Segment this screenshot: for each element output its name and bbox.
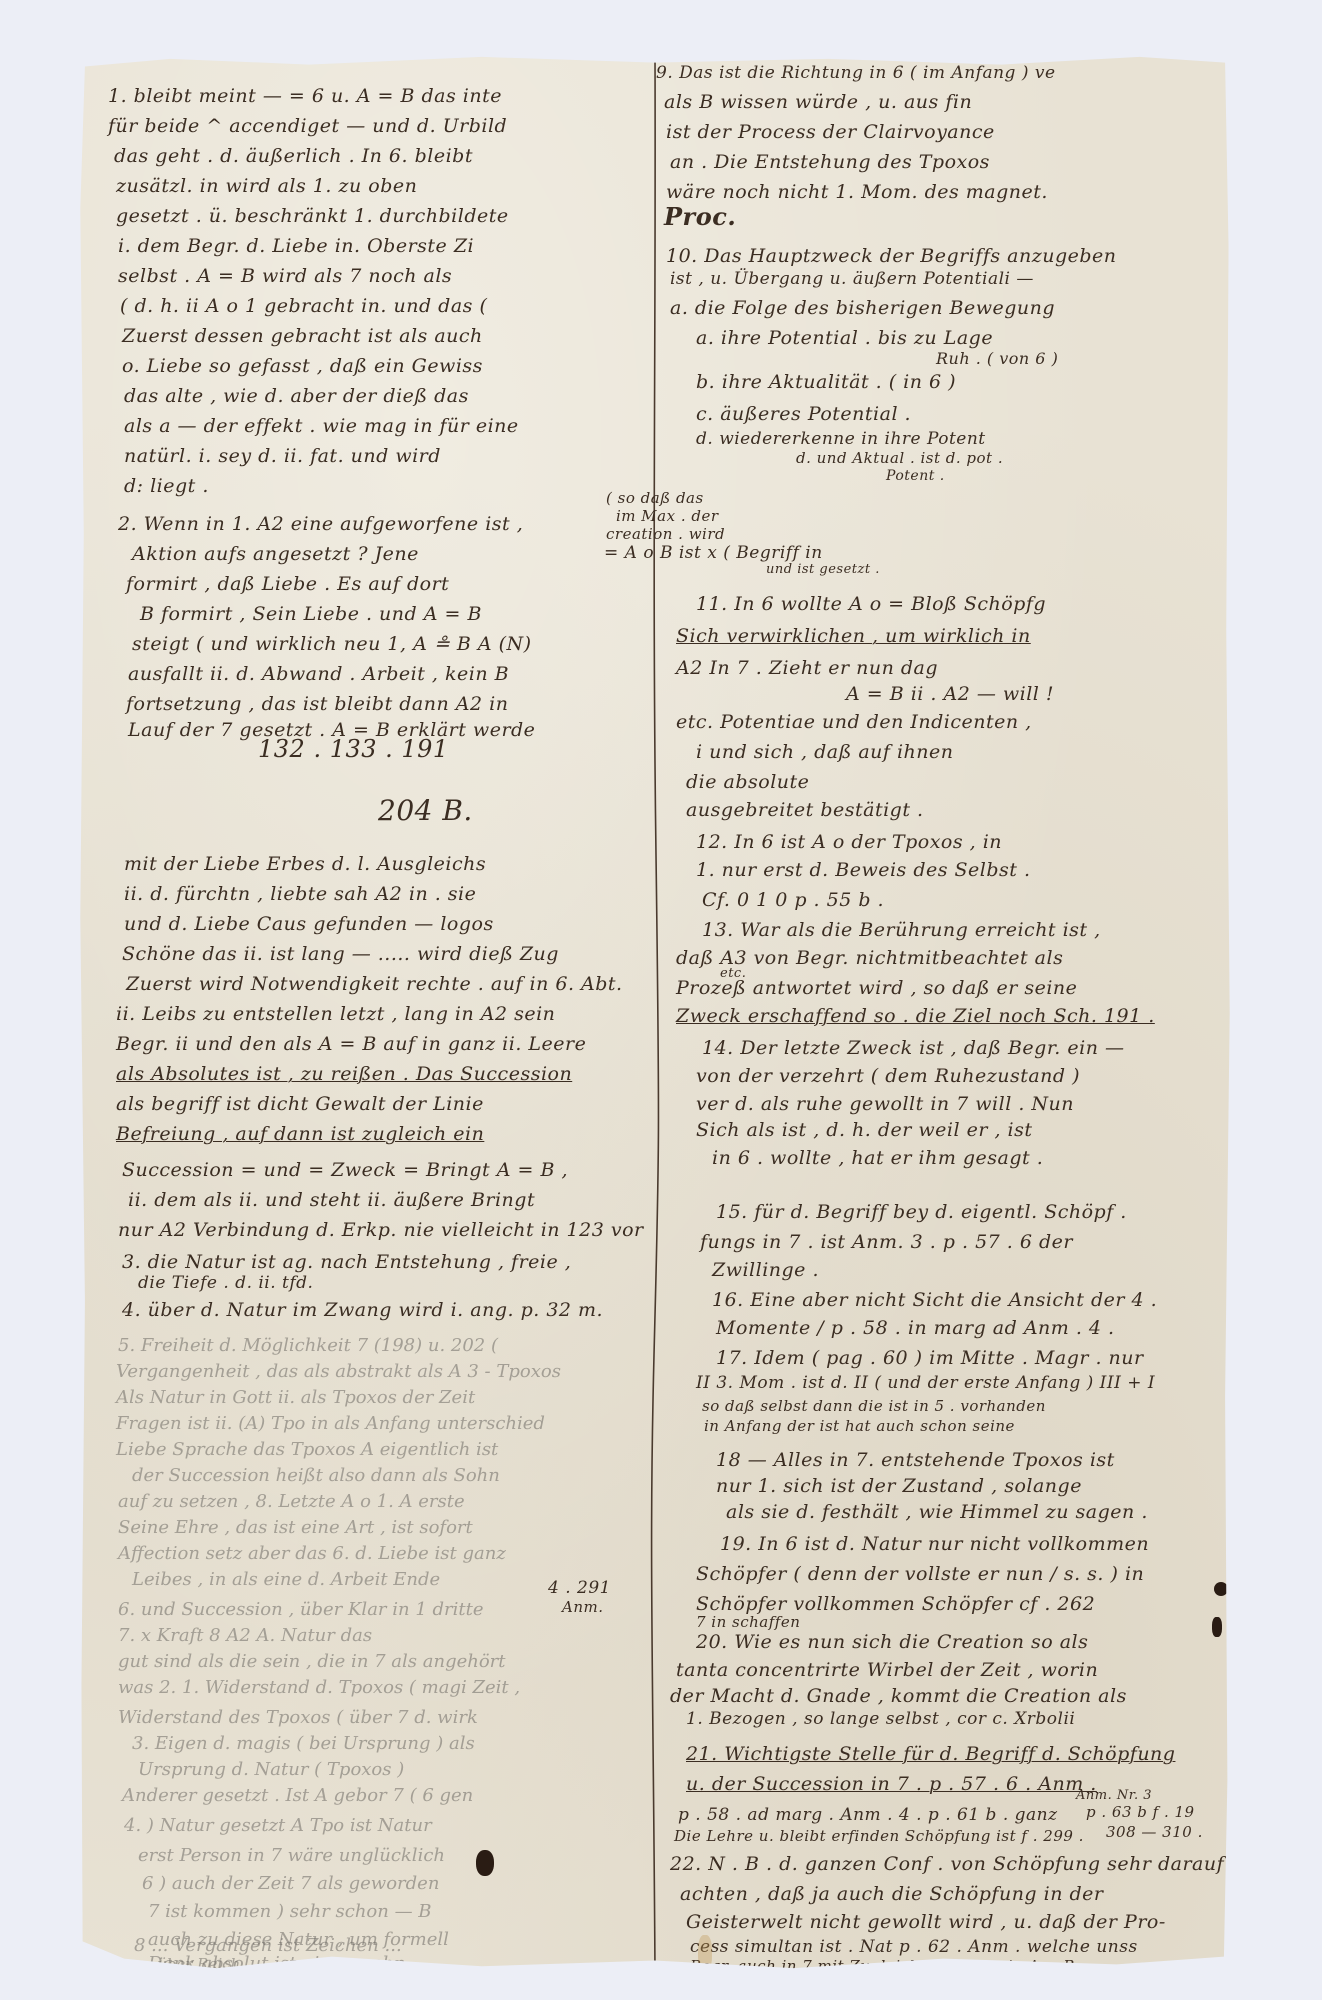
page-ref-line: p . 58 . ad marg . Anm . 4 . p . 61 b . … xyxy=(678,1807,1058,1824)
left-ink-line: steigt ( und wirklich neu 1, A ≗ B A (N) xyxy=(132,635,532,654)
manuscript-page: 1. bleibt meint — = 6 u. A = B das inte … xyxy=(78,55,1232,1972)
left-ink-line: d: liegt . xyxy=(124,477,209,496)
pencil-line: 8 ... Vergangen ist Zeichen ... xyxy=(134,1935,402,1956)
pencil-line: Affection setz aber das 6. d. Liebe ist … xyxy=(118,1543,506,1564)
right-ink-line: a. die Folge des bisherigen Bewegung xyxy=(670,299,1055,318)
pencil-line: Seine Ehre , das ist eine Art , ist sofo… xyxy=(118,1517,473,1538)
right-ink-line: der Macht d. Gnade , kommt die Creation … xyxy=(670,1687,1127,1706)
right-ink-line: als sie d. festhält , wie Himmel zu sage… xyxy=(726,1503,1148,1522)
right-margin-note: ( so daß das xyxy=(606,491,704,506)
section-marker: 204 B. xyxy=(378,797,473,825)
pencil-line: auf zu setzen , 8. Letzte A o 1. A erste xyxy=(118,1491,465,1512)
right-ink-line: nur 1. sich ist der Zustand , solange xyxy=(716,1477,1082,1496)
right-ink-line: achten , daß ja auch die Schöpfung in de… xyxy=(680,1885,1103,1904)
left-ink-line: Schöne das ii. ist lang — ..... wird die… xyxy=(122,945,559,964)
ink-blot xyxy=(476,1850,494,1876)
right-ink-line: II 3. Mom . ist d. II ( und der erste An… xyxy=(696,1375,1155,1392)
right-ink-line: 12. In 6 ist A o der Tpoxos , in xyxy=(696,833,1002,852)
right-ink-line: Sich verwirklichen , um wirklich in xyxy=(676,627,1031,646)
right-ink-line: A2 In 7 . Zieht er nun dag xyxy=(676,659,938,678)
right-margin-note: creation . wird xyxy=(606,527,725,542)
right-ink-line: b. ihre Aktualität . ( in 6 ) xyxy=(696,373,956,392)
left-ink-line: Begr. ii und den als A = B auf in ganz i… xyxy=(116,1035,586,1054)
left-ink-line: ii. d. fürchtn , liebte sah A2 in . sie xyxy=(124,885,476,904)
right-margin-note: im Max . der xyxy=(616,509,719,524)
pencil-line: Leibes , in als eine d. Arbeit Ende xyxy=(132,1569,440,1590)
left-ink-line: fortsetzung , das ist bleibt dann A2 in xyxy=(126,695,508,714)
page-ref-line: p . 63 b f . 19 xyxy=(1086,1805,1195,1820)
right-ink-line: in 6 . wollte , hat er ihm gesagt . xyxy=(712,1149,1043,1168)
right-ink-line: Momente / p . 58 . in marg ad Anm . 4 . xyxy=(716,1319,1115,1338)
margin-note-anm: 4 . 291 Anm. xyxy=(528,1580,648,1630)
left-ink-line: formirt , daß Liebe . Es auf dort xyxy=(126,575,449,594)
pencil-line: Fragen ist ii. (A) Tpo in als Anfang unt… xyxy=(116,1413,545,1434)
page-ref-line: Die Lehre u. bleibt erfinden Schöpfung i… xyxy=(674,1829,1084,1844)
right-ink-line: Schöpfer vollkommen Schöpfer cf . 262 xyxy=(696,1595,1095,1614)
right-ink-line: i und sich , daß auf ihnen xyxy=(696,743,954,762)
left-ink-line: i. dem Begr. d. Liebe in. Oberste Zi xyxy=(118,237,474,256)
left-ink-line: 4. über d. Natur im Zwang wird i. ang. p… xyxy=(122,1301,603,1320)
left-ink-line: für beide ^ accendiget — und d. Urbild xyxy=(108,117,507,136)
pencil-line: 5. Freiheit d. Möglichkeit 7 (198) u. 20… xyxy=(118,1335,498,1356)
right-ink-line: an . Die Entstehung des Tpoxos xyxy=(670,153,990,172)
left-ink-line: Succession = und = Zweck = Bringt A = B … xyxy=(122,1161,568,1180)
right-margin-note: und ist gesetzt . xyxy=(766,563,880,576)
right-ink-line: 7 in schaffen xyxy=(696,1615,800,1630)
right-ink-line: als B wissen würde , u. aus fin xyxy=(664,93,972,112)
right-ink-line: Cf. 0 1 0 p . 55 b . xyxy=(702,891,884,910)
right-ink-line: Potent . xyxy=(886,469,945,483)
right-ink-line: 13. War als die Berührung erreicht ist , xyxy=(702,921,1101,940)
page-ref-line: 308 — 310 . xyxy=(1106,1825,1203,1840)
right-ink-line: ausgebreitet bestätigt . xyxy=(686,801,924,820)
margin-note-label: Anm. xyxy=(562,1600,604,1615)
right-column-ink: 9. Das ist die Richtung in 6 ( im Anfang… xyxy=(656,55,1226,1972)
right-ink-line: Geisterwelt nicht gewollt wird , u. daß … xyxy=(686,1913,1166,1932)
left-ink-line: das geht . d. äußerlich . In 6. bleibt xyxy=(114,147,473,166)
pencil-line: Liebe Sprache das Tpoxos A eigentlich is… xyxy=(116,1439,498,1460)
left-ink-line: gesetzt . ü. beschränkt 1. durchbildete xyxy=(116,207,509,226)
right-ink-line: 20. Wie es nun sich die Creation so als xyxy=(696,1633,1088,1652)
right-ink-line: 19. In 6 ist d. Natur nur nicht vollkomm… xyxy=(720,1535,1149,1554)
left-ink-line: Aktion aufs angesetzt ? Jene xyxy=(132,545,419,564)
left-ink-line: als Absolutes ist , zu reißen . Das Succ… xyxy=(116,1065,572,1084)
proc-heading: Proc. xyxy=(664,205,736,229)
right-ink-line: Zweck erschaffend so . die Ziel noch Sch… xyxy=(676,1007,1155,1026)
pencil-line: Vergangenheit , das als abstrakt als A 3… xyxy=(116,1361,561,1382)
margin-note-number: 4 . 291 xyxy=(548,1580,611,1597)
right-ink-line: 14. Der letzte Zweck ist , daß Begr. ein… xyxy=(702,1039,1125,1058)
right-ink-line: d. wiedererkenne in ihre Potent xyxy=(696,431,986,448)
pencil-line: Widerstand des Tpoxos ( über 7 d. wirk xyxy=(118,1707,478,1728)
left-column-ink-lower: 3. die Natur ist ag. nach Entstehung , f… xyxy=(98,1245,658,1345)
left-ink-line: selbst . A = B wird als 7 noch als xyxy=(118,267,452,286)
pencil-line: was 2. 1. Widerstand d. Tpoxos ( magi Ze… xyxy=(118,1677,520,1698)
right-ink-line: 17. Idem ( pag . 60 ) im Mitte . Magr . … xyxy=(716,1349,1144,1368)
right-ink-line: a. ihre Potential . bis zu Lage xyxy=(696,329,993,348)
left-ink-line: die Tiefe . d. ii. tfd. xyxy=(138,1275,313,1292)
right-ink-line: 15. für d. Begriff bey d. eigentl. Schöp… xyxy=(716,1203,1127,1222)
right-ink-line: von der verzehrt ( dem Ruhezustand ) xyxy=(696,1067,1080,1086)
left-column-pencil: 5. Freiheit d. Möglichkeit 7 (198) u. 20… xyxy=(98,1335,658,1975)
pencil-line: 7 ist kommen ) sehr schon — B xyxy=(148,1901,432,1922)
right-ink-line: 18 — Alles in 7. entstehende Tpoxos ist xyxy=(716,1451,1115,1470)
pencil-line: Als Natur in Gott ii. als Tpoxos der Zei… xyxy=(116,1387,475,1408)
left-ink-line: ii. Leibs zu entstellen letzt , lang in … xyxy=(116,1005,555,1024)
right-ink-line: 9. Das ist die Richtung in 6 ( im Anfang… xyxy=(656,65,1056,82)
left-ink-line: als a — der effekt . wie mag in für eine xyxy=(124,417,519,436)
right-ink-line: Prozeß antwortet wird , so daß er seine xyxy=(676,979,1077,998)
left-ink-line: mit der Liebe Erbes d. l. Ausgleichs xyxy=(124,855,486,874)
right-ink-line: wäre noch nicht 1. Mom. des magnet. xyxy=(666,183,1048,202)
left-ink-line: das alte , wie d. aber der dieß das xyxy=(124,387,469,406)
left-ink-line: natürl. i. sey d. ii. fat. und wird xyxy=(124,447,441,466)
right-ink-line: Zwillinge . xyxy=(712,1261,819,1280)
right-ink-line: 10. Das Hauptzweck der Begriffs anzugebe… xyxy=(666,247,1117,266)
left-ink-line: Befreiung , auf dann ist zugleich ein xyxy=(116,1125,484,1144)
right-ink-line: so daß selbst dann die ist in 5 . vorhan… xyxy=(702,1399,1046,1414)
right-ink-line: A = B ii . A2 — will ! xyxy=(846,685,1054,704)
left-ink-line: o. Liebe so gefasst , daß ein Gewiss xyxy=(122,357,483,376)
right-ink-line: ist , u. Übergang u. äußern Potentiali — xyxy=(670,271,1034,288)
right-ink-line: Anm. Nr. 3 xyxy=(1076,1789,1152,1802)
pencil-line: 6 ) auch der Zeit 7 als geworden xyxy=(142,1873,439,1894)
left-ink-line: B formirt , Sein Liebe . und A = B xyxy=(140,605,482,624)
left-column-ink: 1. bleibt meint — = 6 u. A = B das inte … xyxy=(98,55,658,1255)
right-ink-line: etc. Potentiae und den Indicenten , xyxy=(676,713,1032,732)
right-ink-line: 21. Wichtigste Stelle für d. Begriff d. … xyxy=(686,1745,1175,1764)
right-ink-line: Sich als ist , d. h. der weil er , ist xyxy=(696,1121,1032,1140)
right-ink-line: tanta concentrirte Wirbel der Zeit , wor… xyxy=(676,1661,1098,1680)
right-ink-line: 16. Eine aber nicht Sicht die Ansicht de… xyxy=(712,1291,1157,1310)
right-ink-line: etc. xyxy=(720,967,746,980)
left-ink-line: ( d. h. ii A o 1 gebracht in. und das ( xyxy=(120,297,487,316)
right-ink-line: d. und Aktual . ist d. pot . xyxy=(796,451,1003,466)
pencil-line: 6. und Succession , über Klar in 1 dritt… xyxy=(118,1599,484,1620)
left-ink-line: 3. die Natur ist ag. nach Entstehung , f… xyxy=(122,1253,571,1272)
pencil-line: 4. ) Natur gesetzt A Tpo ist Natur xyxy=(124,1815,432,1836)
left-ink-line: ausfallt ii. d. Abwand . Arbeit , kein B xyxy=(128,665,509,684)
pencil-line: 3. Eigen d. magis ( bei Ursprung ) als xyxy=(132,1733,475,1754)
right-ink-line: cess simultan ist . Nat p . 62 . Anm . w… xyxy=(690,1939,1138,1956)
left-ink-line: 2. Wenn in 1. A2 eine aufgeworfene ist , xyxy=(118,515,523,534)
pencil-line: Anderer gesetzt . Ist A gebor 7 ( 6 gen xyxy=(122,1785,473,1806)
right-ink-line: in Anfang der ist hat auch schon seine xyxy=(704,1419,1015,1434)
left-ink-line: ii. dem als ii. und steht ii. äußere Bri… xyxy=(128,1191,535,1210)
pencil-line: der Succession heißt also dann als Sohn xyxy=(132,1465,500,1486)
pencil-line: Ursprung d. Natur ( Tpoxos ) xyxy=(138,1759,404,1780)
right-ink-line: ist der Process der Clairvoyance xyxy=(666,123,995,142)
left-ink-line: Zuerst wird Notwendigkeit rechte . auf i… xyxy=(126,975,623,994)
right-ink-line: Schöpfer ( denn der vollste er nun / s. … xyxy=(696,1565,1144,1584)
right-ink-line: c. äußeres Potential . xyxy=(696,405,911,424)
right-ink-line: 1. Bezogen , so lange selbst , cor c. Xr… xyxy=(686,1711,1075,1728)
left-ink-line: und d. Liebe Caus gefunden — logos xyxy=(124,915,494,934)
right-ink-line: ver d. als ruhe gewollt in 7 will . Nun xyxy=(696,1095,1074,1114)
left-ink-line: als begriff ist dicht Gewalt der Linie xyxy=(116,1095,484,1114)
left-ink-line: zusätzl. in wird als 1. zu oben xyxy=(116,177,417,196)
right-ink-line: fungs in 7 . ist Anm. 3 . p . 57 . 6 der xyxy=(700,1233,1073,1252)
right-margin-note: = A o B ist x ( Begriff in xyxy=(604,545,823,562)
left-ink-line: 1. bleibt meint — = 6 u. A = B das inte xyxy=(108,87,502,106)
right-ink-line: 11. In 6 wollte A o = Bloß Schöpfg xyxy=(696,595,1046,614)
ink-blot xyxy=(1212,1617,1222,1637)
left-ink-line: nur A2 Verbindung d. Erkp. nie vielleich… xyxy=(118,1221,644,1240)
pencil-line: erst Person in 7 wäre unglücklich xyxy=(138,1845,445,1866)
right-ink-line: 22. N . B . d. ganzen Conf . von Schöpfu… xyxy=(670,1855,1254,1874)
pencil-line: 7. x Kraft 8 A2 A. Natur das xyxy=(118,1625,372,1646)
right-ink-line: 1. nur erst d. Beweis des Selbst . xyxy=(696,861,1031,880)
left-ink-line: Zuerst dessen gebracht ist als auch xyxy=(122,327,483,346)
page-references: 132 . 133 . 191 xyxy=(258,737,449,761)
ink-blot xyxy=(1214,1582,1228,1596)
right-ink-line: u. der Succession in 7 . p . 57 . 6 . An… xyxy=(686,1775,1097,1794)
right-ink-line: Ruh . ( von 6 ) xyxy=(936,351,1058,367)
right-ink-line: die absolute xyxy=(686,773,809,792)
pencil-line: gut sind als die sein , die in 7 als ang… xyxy=(118,1651,506,1672)
